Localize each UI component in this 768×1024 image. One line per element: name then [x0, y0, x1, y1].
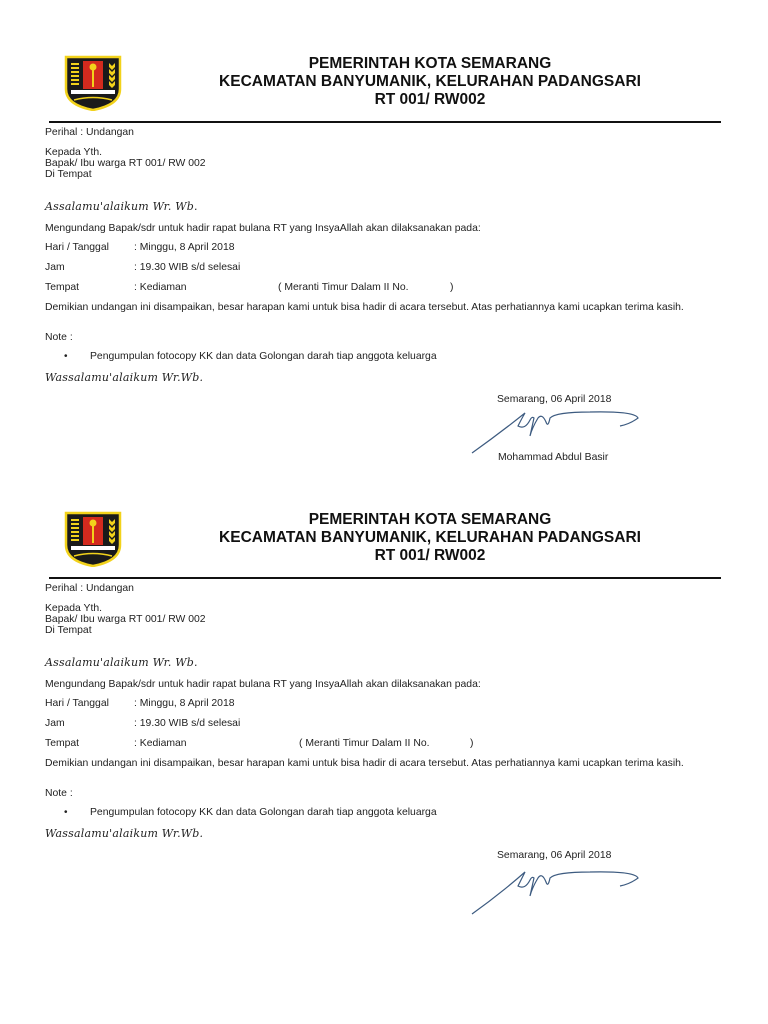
note-item: Pengumpulan fotocopy KK dan data Golonga… — [90, 351, 437, 362]
invitation-letter-2: PEMERINTAH KOTA SEMARANG KECAMATAN BANYU… — [0, 456, 768, 916]
detail-address: ( Meranti Timur Dalam II No. — [299, 738, 430, 749]
letterhead: PEMERINTAH KOTA SEMARANG KECAMATAN BANYU… — [140, 55, 720, 109]
note-item: Pengumpulan fotocopy KK dan data Golonga… — [90, 807, 437, 818]
detail-label-date: Hari / Tanggal — [45, 242, 109, 253]
signature-icon — [470, 866, 650, 916]
recipient-line-3: Di Tempat — [45, 625, 92, 637]
place-date: Semarang, 06 April 2018 — [497, 394, 611, 405]
detail-label-time: Jam — [45, 262, 65, 273]
letterhead: PEMERINTAH KOTA SEMARANG KECAMATAN BANYU… — [140, 511, 720, 565]
letterhead-rt-rw: RT 001/ RW002 — [140, 91, 720, 109]
detail-value-date: : Minggu, 8 April 2018 — [134, 698, 235, 709]
signature-icon — [470, 408, 650, 458]
farewell: Wassalamu'alaikum Wr.Wb. — [45, 371, 203, 384]
detail-label-time: Jam — [45, 718, 65, 729]
detail-address-close: ) — [450, 282, 453, 293]
letterhead-district: KECAMATAN BANYUMANIK, KELURAHAN PADANGSA… — [140, 529, 720, 547]
detail-value-place: : Kediaman — [134, 738, 187, 749]
detail-value-date: : Minggu, 8 April 2018 — [134, 242, 235, 253]
detail-label-place: Tempat — [45, 282, 79, 293]
semarang-emblem-icon — [64, 55, 122, 111]
detail-label-date: Hari / Tanggal — [45, 698, 109, 709]
greeting: Assalamu'alaikum Wr. Wb. — [45, 656, 198, 669]
invitation-intro: Mengundang Bapak/sdr untuk hadir rapat b… — [45, 679, 481, 691]
letterhead-government: PEMERINTAH KOTA SEMARANG — [140, 511, 720, 529]
recipient-line-3: Di Tempat — [45, 169, 92, 181]
detail-address: ( Meranti Timur Dalam II No. — [278, 282, 409, 293]
detail-label-place: Tempat — [45, 738, 79, 749]
note-label: Note : — [45, 788, 73, 800]
detail-value-time: : 19.30 WIB s/d selesai — [134, 262, 240, 273]
subject-line: Perihal : Undangan — [45, 583, 134, 595]
letterhead-district: KECAMATAN BANYUMANIK, KELURAHAN PADANGSA… — [140, 73, 720, 91]
letterhead-government: PEMERINTAH KOTA SEMARANG — [140, 55, 720, 73]
note-label: Note : — [45, 332, 73, 344]
invitation-intro: Mengundang Bapak/sdr untuk hadir rapat b… — [45, 223, 481, 235]
greeting: Assalamu'alaikum Wr. Wb. — [45, 200, 198, 213]
detail-value-place: : Kediaman — [134, 282, 187, 293]
subject-line: Perihal : Undangan — [45, 127, 134, 139]
place-date: Semarang, 06 April 2018 — [497, 850, 611, 861]
detail-address-close: ) — [470, 738, 473, 749]
detail-value-time: : 19.30 WIB s/d selesai — [134, 718, 240, 729]
letterhead-divider — [49, 577, 721, 579]
bullet-icon: • — [64, 351, 68, 362]
letterhead-rt-rw: RT 001/ RW002 — [140, 547, 720, 565]
closing-paragraph: Demikian undangan ini disampaikan, besar… — [45, 758, 723, 771]
bullet-icon: • — [64, 807, 68, 818]
farewell: Wassalamu'alaikum Wr.Wb. — [45, 827, 203, 840]
closing-paragraph: Demikian undangan ini disampaikan, besar… — [45, 302, 723, 315]
invitation-letter-1: PEMERINTAH KOTA SEMARANG KECAMATAN BANYU… — [0, 0, 768, 460]
letterhead-divider — [49, 121, 721, 123]
semarang-emblem-icon — [64, 511, 122, 567]
